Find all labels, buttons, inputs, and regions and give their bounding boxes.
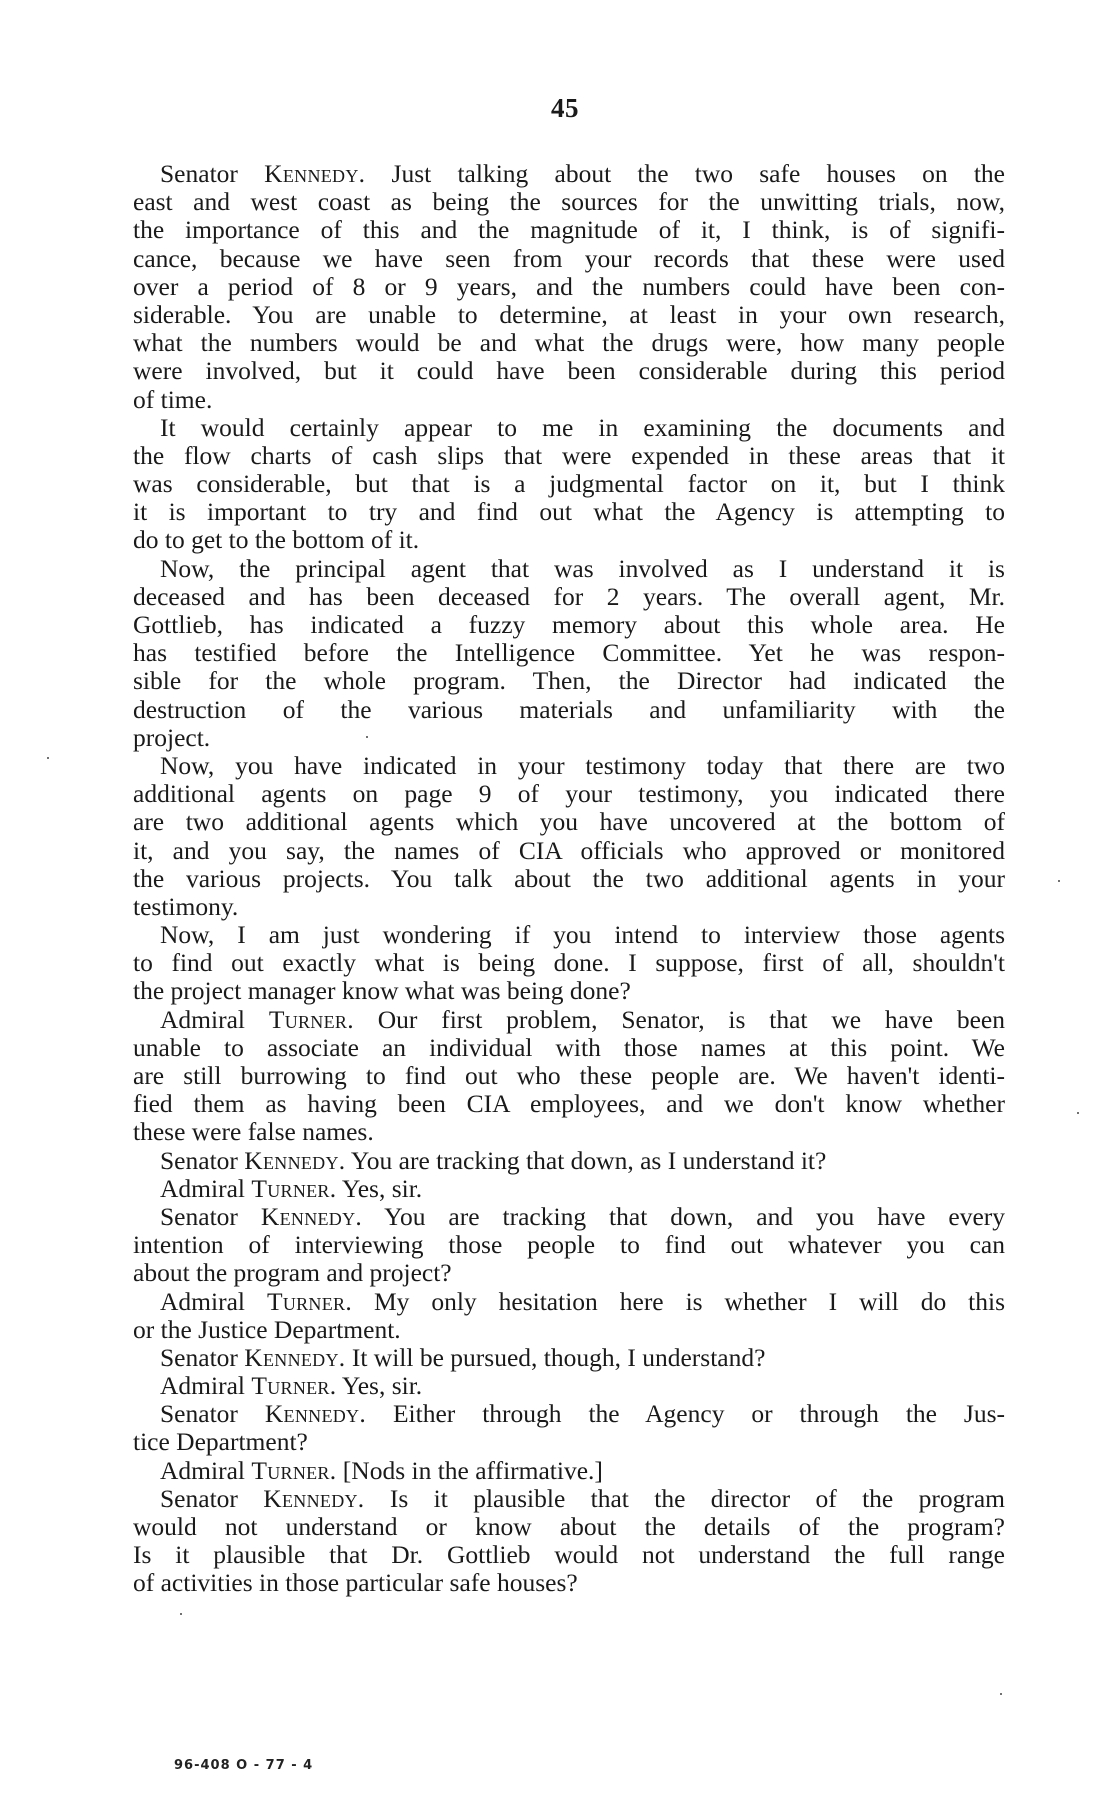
speaker-title: Admiral [160, 1005, 245, 1034]
transcript-paragraph-kennedy: Senator Kennedy. Just talking about the … [133, 160, 1005, 414]
text-line: Admiral Turner. My only hesitation here … [133, 1288, 1005, 1316]
text-line: Admiral Turner. Yes, sir. [133, 1372, 1005, 1400]
text-line: has testified before the Intelligence Co… [133, 639, 1005, 667]
speaker-title: Admiral [160, 1456, 245, 1485]
speaker-title: Admiral [160, 1371, 245, 1400]
text-line: Senator Kennedy. You are tracking that d… [133, 1203, 1005, 1231]
speaker-name-turner: Turner. [267, 1287, 352, 1316]
transcript-paragraph-kennedy: Senator Kennedy. You are tracking that d… [133, 1147, 1005, 1175]
text-line: over a period of 8 or 9 years, and the n… [133, 273, 1005, 301]
text-line: do to get to the bottom of it. [133, 526, 1005, 554]
speaker-title: Admiral [160, 1287, 245, 1316]
text-line: Admiral Turner. Yes, sir. [133, 1175, 1005, 1203]
text-line: Is it plausible that Dr. Gottlieb would … [133, 1541, 1005, 1569]
speaker-title: Senator [160, 159, 238, 188]
text-line: Senator Kennedy. Is it plausible that th… [133, 1485, 1005, 1513]
speaker-name-kennedy: Kennedy. [265, 1399, 366, 1428]
speaker-title: Admiral [160, 1174, 245, 1203]
text-line: Admiral Turner. Our first problem, Senat… [133, 1006, 1005, 1034]
speaker-name-kennedy: Kennedy. [244, 1146, 345, 1175]
text-line: Senator Kennedy. Either through the Agen… [133, 1400, 1005, 1428]
speaker-name-kennedy: Kennedy. [261, 1202, 362, 1231]
text-line: Now, you have indicated in your testimon… [133, 752, 1005, 780]
page-number: 45 [0, 93, 1100, 124]
speaker-name-turner: Turner. [251, 1174, 336, 1203]
text-line: the various projects. You talk about the… [133, 865, 1005, 893]
text-line: Senator Kennedy. Just talking about the … [133, 160, 1005, 188]
text-line: about the program and project? [133, 1259, 1005, 1287]
text-line: tice Department? [133, 1428, 1005, 1456]
speaker-title: Senator [160, 1484, 238, 1513]
transcript-paragraph-kennedy: Senator Kennedy. Is it plausible that th… [133, 1485, 1005, 1598]
text-line: cance, because we have seen from your re… [133, 245, 1005, 273]
text-line: would not understand or know about the d… [133, 1513, 1005, 1541]
text-line: deceased and has been deceased for 2 yea… [133, 583, 1005, 611]
text-line: unable to associate an individual with t… [133, 1034, 1005, 1062]
transcript-body: Senator Kennedy. Just talking about the … [133, 160, 1005, 1598]
text-line: of time. [133, 386, 1005, 414]
transcript-paragraph-turner: Admiral Turner. [Nods in the affirmative… [133, 1457, 1005, 1485]
speaker-title: Senator [160, 1202, 238, 1231]
text-line: these were false names. [133, 1118, 1005, 1146]
text-line: east and west coast as being the sources… [133, 188, 1005, 216]
text-line: are still burrowing to find out who thes… [133, 1062, 1005, 1090]
scan-speck [1077, 1112, 1079, 1114]
transcript-paragraph-turner: Admiral Turner. Yes, sir. [133, 1175, 1005, 1203]
transcript-paragraph-turner: Admiral Turner. Our first problem, Senat… [133, 1006, 1005, 1147]
scan-speck [1000, 1693, 1002, 1695]
transcript-paragraph-kennedy: Senator Kennedy. Either through the Agen… [133, 1400, 1005, 1456]
text-line: Senator Kennedy. It will be pursued, tho… [133, 1344, 1005, 1372]
speaker-name-turner: Turner. [251, 1456, 336, 1485]
text-line: Senator Kennedy. You are tracking that d… [133, 1147, 1005, 1175]
text-line: Now, I am just wondering if you intend t… [133, 921, 1005, 949]
transcript-paragraph: It would certainly appear to me in exami… [133, 414, 1005, 555]
text-line: Admiral Turner. [Nods in the affirmative… [133, 1457, 1005, 1485]
speaker-title: Senator [160, 1146, 238, 1175]
text-line: fied them as having been CIA employees, … [133, 1090, 1005, 1118]
text-line: Now, the principal agent that was involv… [133, 555, 1005, 583]
transcript-paragraph: Now, you have indicated in your testimon… [133, 752, 1005, 921]
scan-speck [180, 1613, 182, 1615]
text-line: to find out exactly what is being done. … [133, 949, 1005, 977]
text-line: the flow charts of cash slips that were … [133, 442, 1005, 470]
transcript-paragraph: Now, I am just wondering if you intend t… [133, 921, 1005, 1006]
text-line: testimony. [133, 893, 1005, 921]
speaker-name-kennedy: Kennedy. [264, 159, 365, 188]
text-line: were involved, but it could have been co… [133, 357, 1005, 385]
text-line: of activities in those particular safe h… [133, 1569, 1005, 1597]
text-line: It would certainly appear to me in exami… [133, 414, 1005, 442]
speaker-title: Senator [160, 1399, 238, 1428]
transcript-paragraph-turner: Admiral Turner. My only hesitation here … [133, 1288, 1005, 1344]
scan-speck [47, 757, 49, 759]
text-line: it, and you say, the names of CIA offici… [133, 837, 1005, 865]
text-line: are two additional agents which you have… [133, 808, 1005, 836]
transcript-paragraph-kennedy: Senator Kennedy. You are tracking that d… [133, 1203, 1005, 1288]
print-job-code: 96-408 O - 77 - 4 [174, 1758, 313, 1773]
speaker-name-kennedy: Kennedy. [244, 1343, 345, 1372]
transcript-paragraph-turner: Admiral Turner. Yes, sir. [133, 1372, 1005, 1400]
text-line: Gottlieb, has indicated a fuzzy memory a… [133, 611, 1005, 639]
speaker-name-turner: Turner. [269, 1005, 354, 1034]
text-line: destruction of the various materials and… [133, 696, 1005, 724]
text-line: project. [133, 724, 1005, 752]
text-line: the importance of this and the magnitude… [133, 216, 1005, 244]
text-line: what the numbers would be and what the d… [133, 329, 1005, 357]
text-line: it is important to try and find out what… [133, 498, 1005, 526]
transcript-paragraph: Now, the principal agent that was involv… [133, 555, 1005, 752]
text-line: siderable. You are unable to determine, … [133, 301, 1005, 329]
text-line: was considerable, but that is a judgment… [133, 470, 1005, 498]
speaker-name-turner: Turner. [251, 1371, 336, 1400]
speaker-name-kennedy: Kennedy. [263, 1484, 364, 1513]
scan-speck [366, 736, 368, 738]
text-line: sible for the whole program. Then, the D… [133, 667, 1005, 695]
text-line: or the Justice Department. [133, 1316, 1005, 1344]
scan-speck [1058, 880, 1060, 882]
text-line: the project manager know what was being … [133, 977, 1005, 1005]
speaker-title: Senator [160, 1343, 238, 1372]
text-line: additional agents on page 9 of your test… [133, 780, 1005, 808]
transcript-paragraph-kennedy: Senator Kennedy. It will be pursued, tho… [133, 1344, 1005, 1372]
text-line: intention of interviewing those people t… [133, 1231, 1005, 1259]
